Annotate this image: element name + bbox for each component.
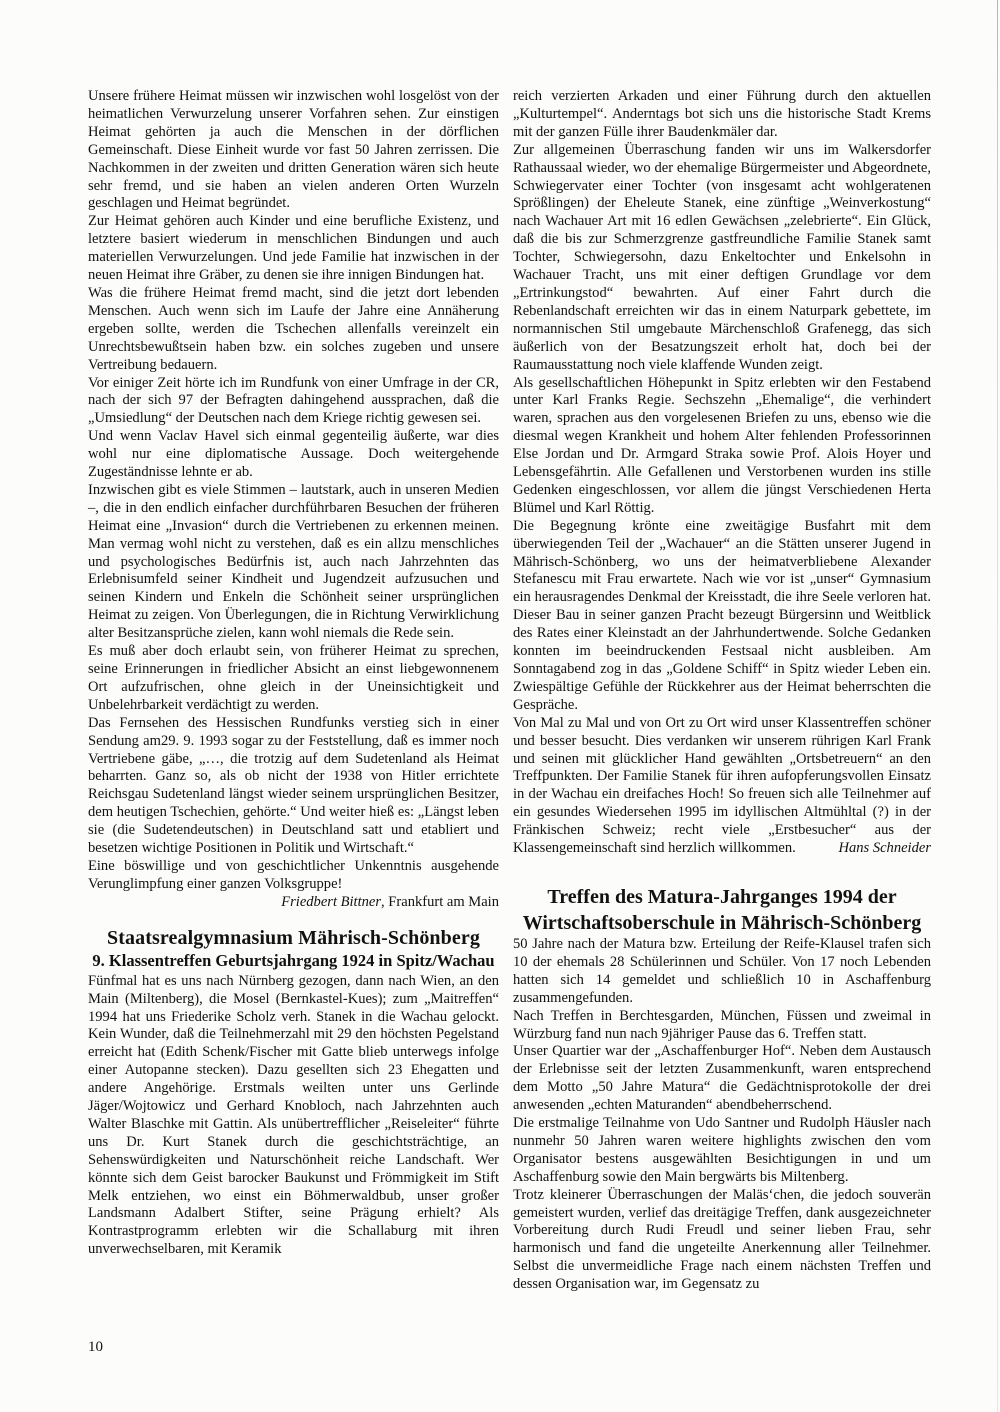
article3-title-line1: Treffen des Matura-Jahrganges 1994 der (513, 884, 931, 910)
paragraph: Die erstmalige Teilnahme von Udo Santner… (513, 1115, 931, 1187)
paragraph: Es muß aber doch erlaubt sein, von frühe… (88, 643, 499, 715)
scanned-newsletter-page: Unsere frühere Heimat müssen wir inzwisc… (0, 0, 1000, 1412)
article3-title-line2: Wirtschaftsoberschule in Mährisch-Schönb… (513, 910, 931, 936)
right-column: reich verzierten Arkaden und einer Führu… (513, 88, 931, 1294)
page-number: 10 (88, 1338, 103, 1356)
signoff-author: Hans Schneider (838, 840, 931, 858)
paragraph: Inzwischen gibt es viele Stimmen – lauts… (88, 482, 499, 643)
paragraph: Unser Quartier war der „Aschaffenburger … (513, 1043, 931, 1115)
paragraph: Das Fernsehen des Hessischen Rundfunks v… (88, 715, 499, 858)
paragraph: Und wenn Vaclav Havel sich einmal gegent… (88, 428, 499, 482)
paragraph: Zur Heimat gehören auch Kinder und eine … (88, 213, 499, 285)
paragraph-text: Von Mal zu Mal und von Ort zu Ort wird u… (513, 715, 931, 856)
paragraph: Eine böswillige und von geschichtlicher … (88, 858, 499, 894)
attribution-author: Friedbert Bittner (281, 894, 381, 910)
paragraph: Nach Treffen in Berchtesgarden, München,… (513, 1008, 931, 1044)
article3-title: Treffen des Matura-Jahrganges 1994 derWi… (513, 884, 931, 936)
article1-attribution: Friedbert Bittner, Frankfurt am Main (88, 894, 499, 912)
paragraph: Fünfmal hat es uns nach Nürnberg gezogen… (88, 973, 499, 1260)
scan-edge-artifact (997, 0, 999, 1412)
paragraph: Was die frühere Heimat fremd macht, sind… (88, 285, 499, 375)
paragraph: Die Begegnung krönte eine zweitägige Bus… (513, 518, 931, 715)
paragraph: Unsere frühere Heimat müssen wir inzwisc… (88, 88, 499, 213)
paragraph: 50 Jahre nach der Matura bzw. Erteilung … (513, 936, 931, 1008)
paragraph-with-signoff: Von Mal zu Mal und von Ort zu Ort wird u… (513, 715, 931, 858)
paragraph: Als gesellschaftlichen Höhepunkt in Spit… (513, 375, 931, 518)
article2-title: Staatsrealgymnasium Mährisch-Schönberg (88, 926, 499, 950)
paragraph: reich verzierten Arkaden und einer Führu… (513, 88, 931, 142)
attribution-place: , Frankfurt am Main (381, 894, 499, 910)
article2-subtitle: 9. Klassentreffen Geburtsjahrgang 1924 i… (88, 950, 499, 972)
left-column: Unsere frühere Heimat müssen wir inzwisc… (88, 88, 499, 1259)
paragraph: Vor einiger Zeit hörte ich im Rundfunk v… (88, 375, 499, 429)
paragraph: Trotz kleinerer Überraschungen der Maläs… (513, 1187, 931, 1294)
paragraph: Zur allgemeinen Überraschung fanden wir … (513, 142, 931, 375)
